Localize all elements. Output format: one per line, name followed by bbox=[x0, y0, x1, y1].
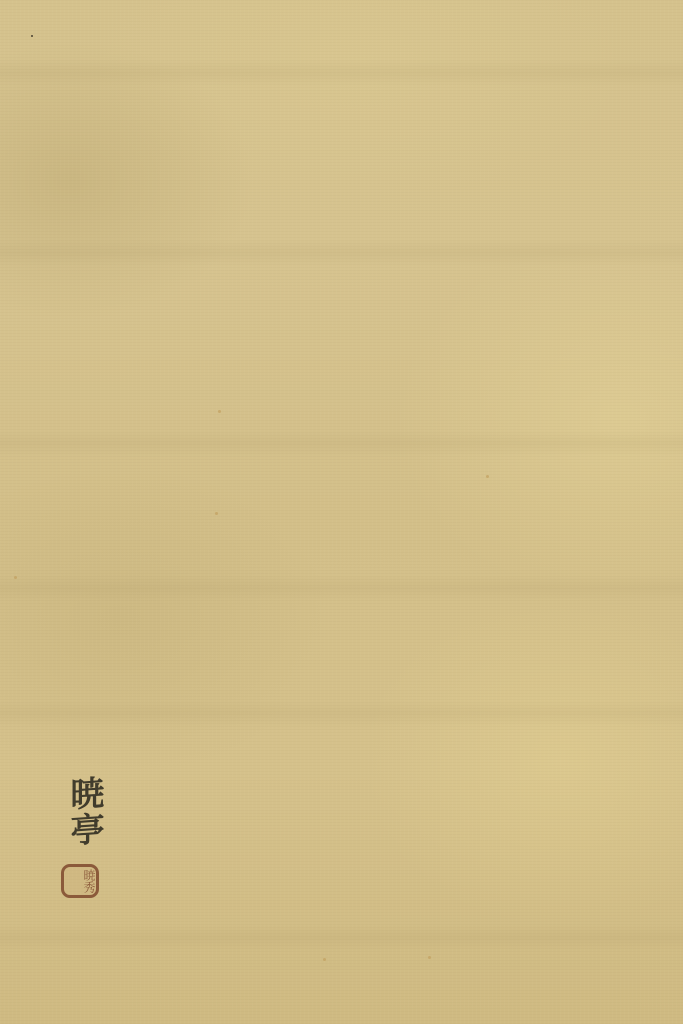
artist-signature: 暁亭 bbox=[60, 774, 104, 849]
silk-speck bbox=[215, 512, 218, 515]
silk-scroll-painting: 暁亭 暁秀 bbox=[0, 0, 683, 1024]
silk-fold-band bbox=[0, 925, 683, 951]
silk-fold-band bbox=[0, 575, 683, 601]
silk-speck bbox=[323, 958, 326, 961]
silk-speck bbox=[31, 35, 33, 37]
silk-fold-band bbox=[0, 240, 683, 266]
silk-speck bbox=[486, 475, 489, 478]
seal-inscription: 暁秀 bbox=[64, 867, 96, 895]
silk-fold-band bbox=[0, 700, 683, 726]
silk-fold-band bbox=[0, 430, 683, 456]
silk-speck bbox=[428, 956, 431, 959]
silk-speck bbox=[14, 576, 17, 579]
silk-fold-band bbox=[0, 60, 683, 86]
silk-speck bbox=[218, 410, 221, 413]
artist-seal: 暁秀 bbox=[61, 864, 99, 898]
artist-signature-block: 暁亭 暁秀 bbox=[58, 776, 108, 904]
